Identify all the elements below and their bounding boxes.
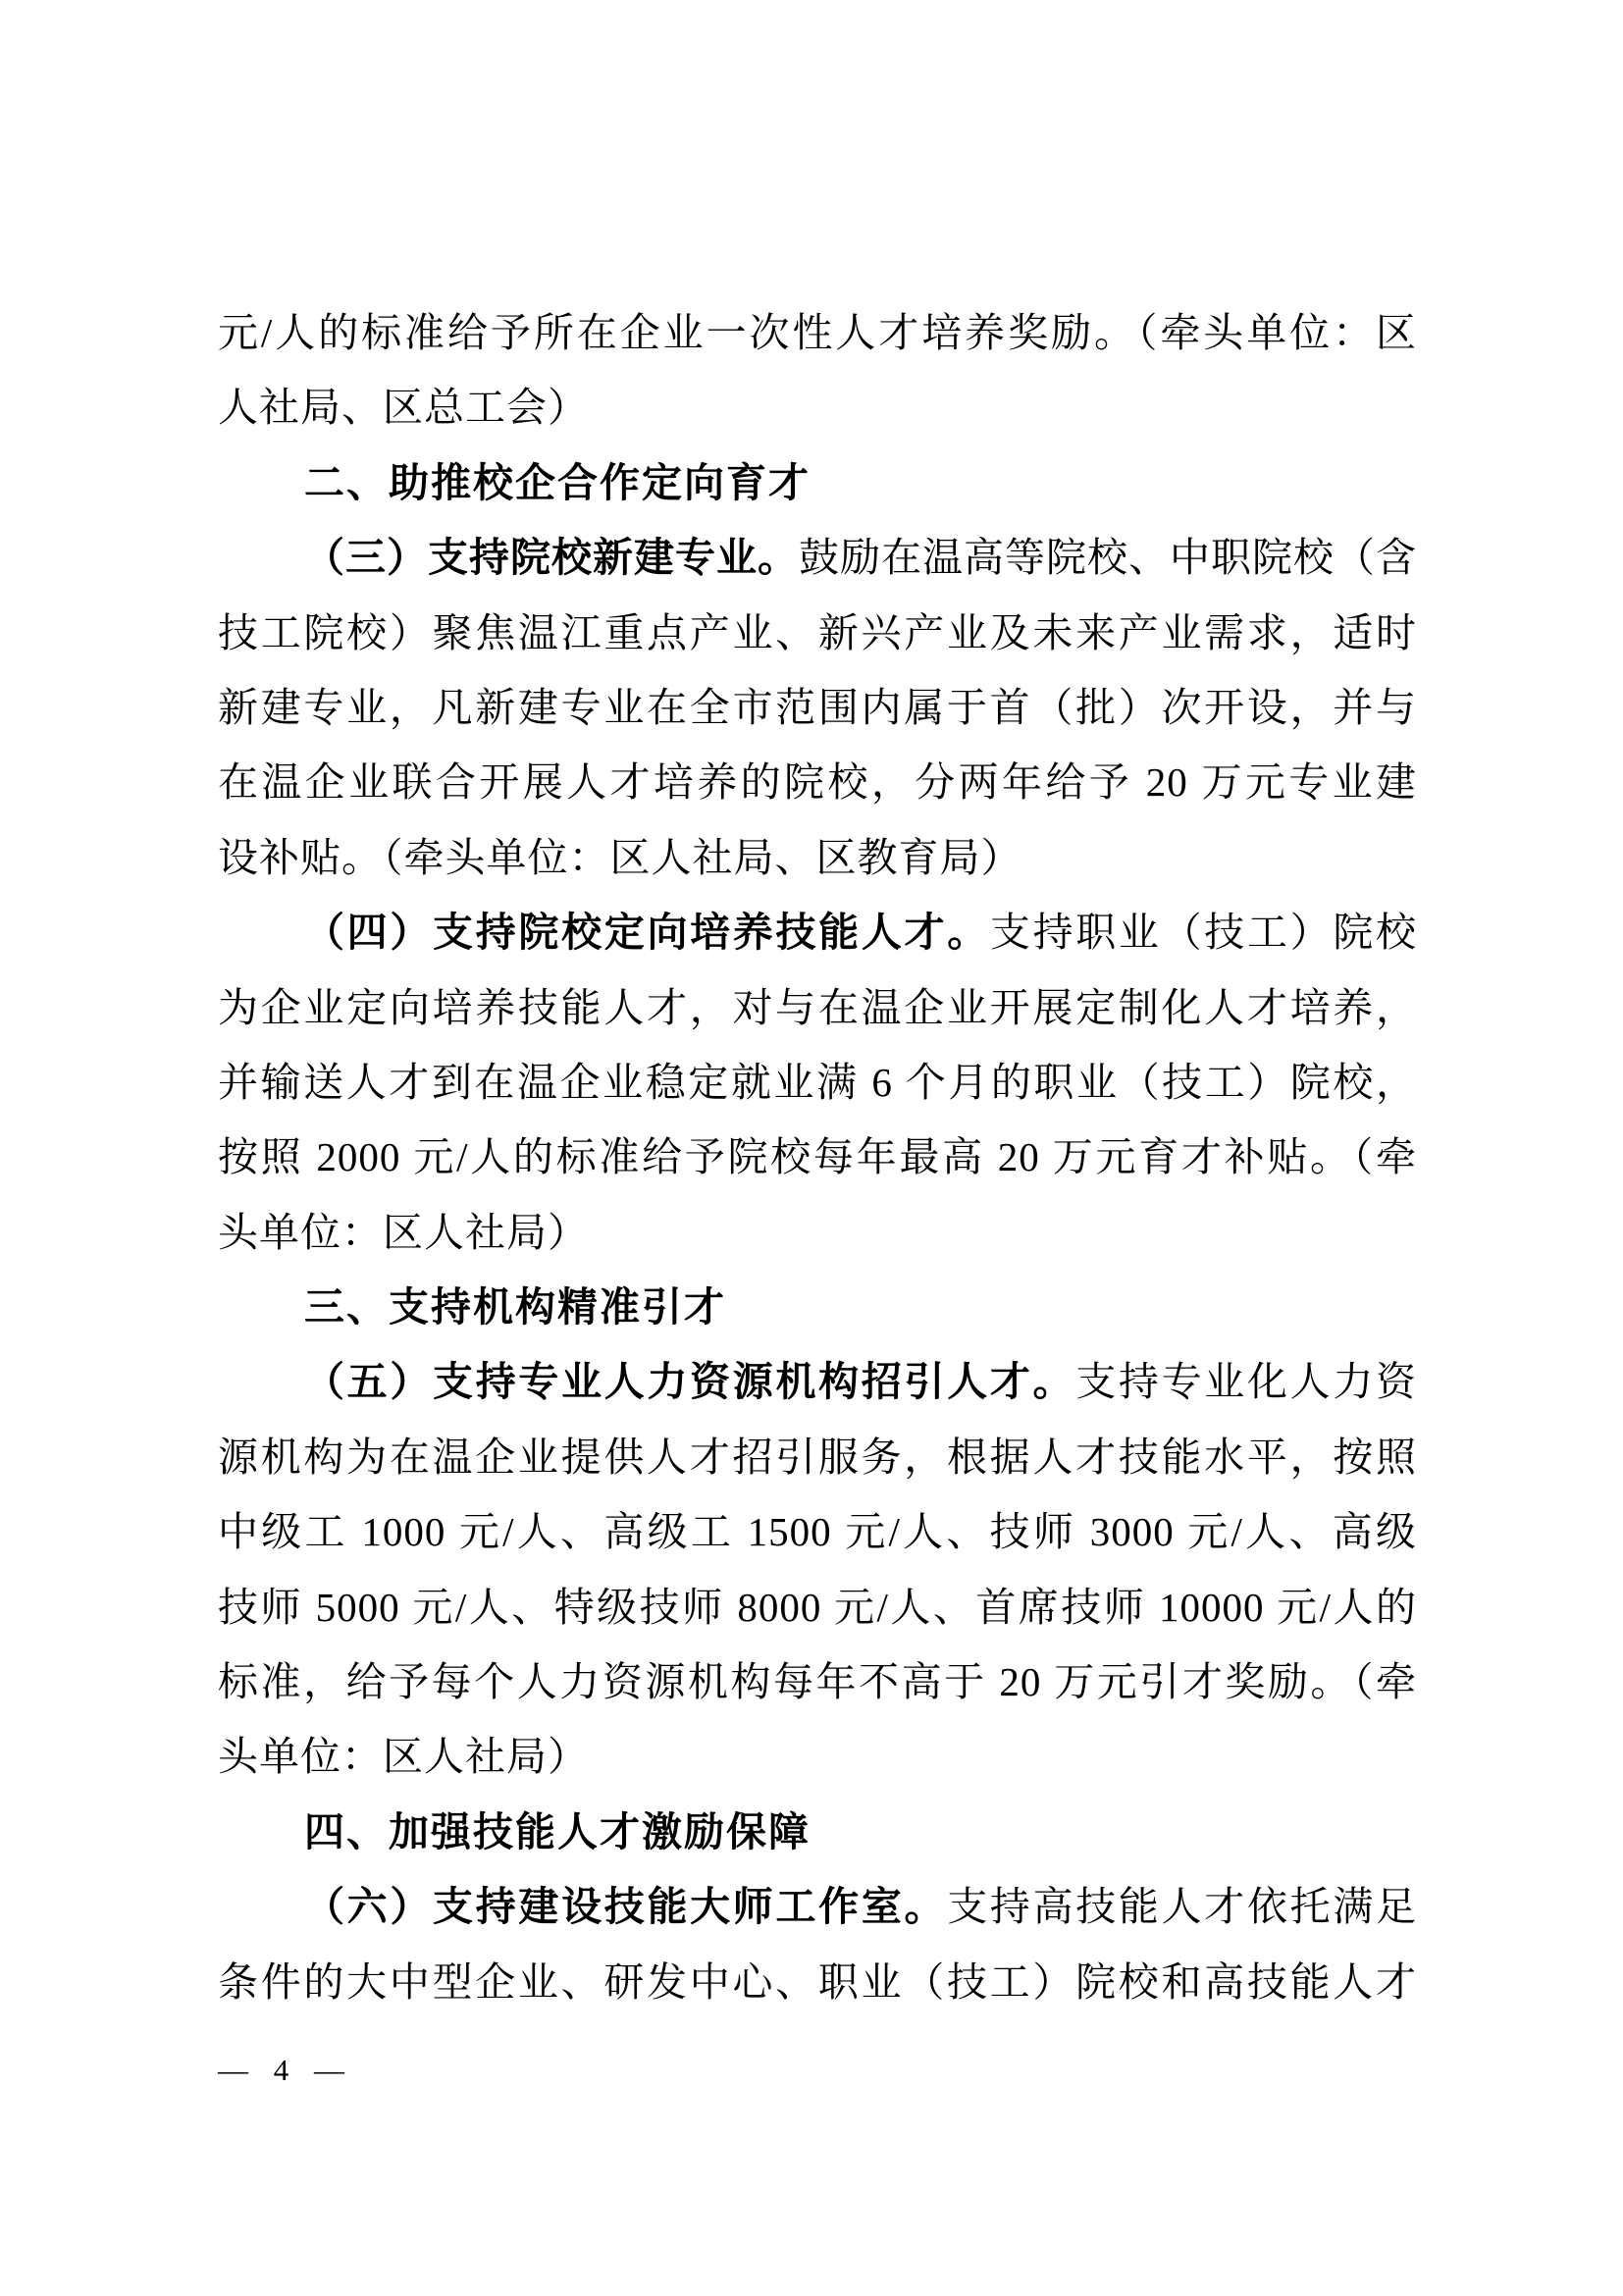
doc-line-text: 按照 2000 元/人的标准给予院校每年最高 20 万元育才补贴。（牵 (218, 1134, 1417, 1179)
doc-line-text: 中级工 1000 元/人、高级工 1500 元/人、技师 3000 元/人、高级 (218, 1509, 1417, 1554)
doc-line-text: 在温企业联合开展人才培养的院校，分两年给予 20 万元专业建 (218, 759, 1417, 805)
doc-line: （五）支持专业人力资源机构招引人才。支持专业化人力资 (218, 1344, 1417, 1419)
section-heading-2: 二、助推校企合作定向育才 (218, 445, 1417, 520)
doc-line: 条件的大中型企业、研发中心、职业（技工）院校和高技能人才 (218, 1945, 1417, 2019)
doc-line-text: 设补贴。（牵头单位：区人社局、区教育局） (218, 835, 1022, 880)
section-heading-3: 三、支持机构精准引才 (218, 1270, 1417, 1344)
section-heading-text: 二、助推校企合作定向育才 (304, 460, 811, 505)
doc-line: 头单位：区人社局） (218, 1719, 1417, 1794)
doc-line-text: 支持专业化人力资 (1075, 1359, 1417, 1404)
doc-line-text: 头单位：区人社局） (218, 1734, 589, 1779)
doc-line-text: 条件的大中型企业、研发中心、职业（技工）院校和高技能人才 (218, 1959, 1417, 2005)
doc-line: （六）支持建设技能大师工作室。支持高技能人才依托满足 (218, 1869, 1417, 1944)
doc-line: 并输送人才到在温企业稳定就业满 6 个月的职业（技工）院校， (218, 1045, 1417, 1120)
doc-line-text: 技工院校）聚焦温江重点产业、新兴产业及未来产业需求，适时 (218, 610, 1417, 655)
doc-line-text: 鼓励在温高等院校、中职院校（含 (799, 535, 1417, 580)
doc-line: 新建专业，凡新建专业在全市范围内属于首（批）次开设，并与 (218, 670, 1417, 745)
doc-line-text: 并输送人才到在温企业稳定就业满 6 个月的职业（技工）院校， (218, 1060, 1417, 1105)
doc-line-text: 支持职业（技工）院校 (990, 910, 1417, 955)
doc-line-lead: （四）支持院校定向培养技能人才。 (304, 910, 990, 955)
doc-line: 标准，给予每个人力资源机构每年不高于 20 万元引才奖励。（牵 (218, 1644, 1417, 1719)
doc-line: 按照 2000 元/人的标准给予院校每年最高 20 万元育才补贴。（牵 (218, 1120, 1417, 1194)
doc-line: 头单位：区人社局） (218, 1195, 1417, 1270)
doc-line-lead: （五）支持专业人力资源机构招引人才。 (304, 1359, 1075, 1404)
section-heading-text: 四、加强技能人才激励保障 (304, 1809, 811, 1854)
doc-line-text: 头单位：区人社局） (218, 1210, 589, 1255)
doc-line: 人社局、区总工会） (218, 370, 1417, 444)
doc-line: （三）支持院校新建专业。鼓励在温高等院校、中职院校（含 (218, 520, 1417, 595)
doc-line: 在温企业联合开展人才培养的院校，分两年给予 20 万元专业建 (218, 745, 1417, 819)
document-page-body: 元/人的标准给予所在企业一次性人才培养奖励。（牵头单位：区 人社局、区总工会） … (218, 295, 1417, 2019)
doc-line: 元/人的标准给予所在企业一次性人才培养奖励。（牵头单位：区 (218, 295, 1417, 370)
doc-line: 源机构为在温企业提供人才招引服务，根据人才技能水平，按照 (218, 1420, 1417, 1494)
doc-line: 技工院校）聚焦温江重点产业、新兴产业及未来产业需求，适时 (218, 596, 1417, 670)
doc-line-lead: （六）支持建设技能大师工作室。 (304, 1884, 947, 1929)
doc-line: 为企业定向培养技能人才，对与在温企业开展定制化人才培养， (218, 970, 1417, 1045)
doc-line-text: 技师 5000 元/人、特级技师 8000 元/人、首席技师 10000 元/人… (218, 1585, 1417, 1630)
section-heading-text: 三、支持机构精准引才 (304, 1284, 726, 1330)
doc-line-text: 标准，给予每个人力资源机构每年不高于 20 万元引才奖励。（牵 (218, 1659, 1417, 1704)
doc-line-text: 源机构为在温企业提供人才招引服务，根据人才技能水平，按照 (218, 1435, 1417, 1480)
doc-line: 中级工 1000 元/人、高级工 1500 元/人、技师 3000 元/人、高级 (218, 1494, 1417, 1569)
section-heading-4: 四、加强技能人才激励保障 (218, 1795, 1417, 1869)
doc-line-text: 支持高技能人才依托满足 (947, 1884, 1417, 1929)
doc-line: （四）支持院校定向培养技能人才。支持职业（技工）院校 (218, 895, 1417, 969)
doc-line: 技师 5000 元/人、特级技师 8000 元/人、首席技师 10000 元/人… (218, 1570, 1417, 1644)
doc-line-text: 人社局、区总工会） (218, 385, 589, 430)
doc-line-text: 为企业定向培养技能人才，对与在温企业开展定制化人才培养， (218, 985, 1417, 1030)
doc-line-text: 新建专业，凡新建专业在全市范围内属于首（批）次开设，并与 (218, 685, 1417, 730)
page-number: — 4 — (218, 2053, 353, 2088)
doc-line-lead: （三）支持院校新建专业。 (304, 535, 799, 580)
doc-line-text: 元/人的标准给予所在企业一次性人才培养奖励。（牵头单位：区 (218, 310, 1417, 355)
doc-line: 设补贴。（牵头单位：区人社局、区教育局） (218, 820, 1417, 895)
